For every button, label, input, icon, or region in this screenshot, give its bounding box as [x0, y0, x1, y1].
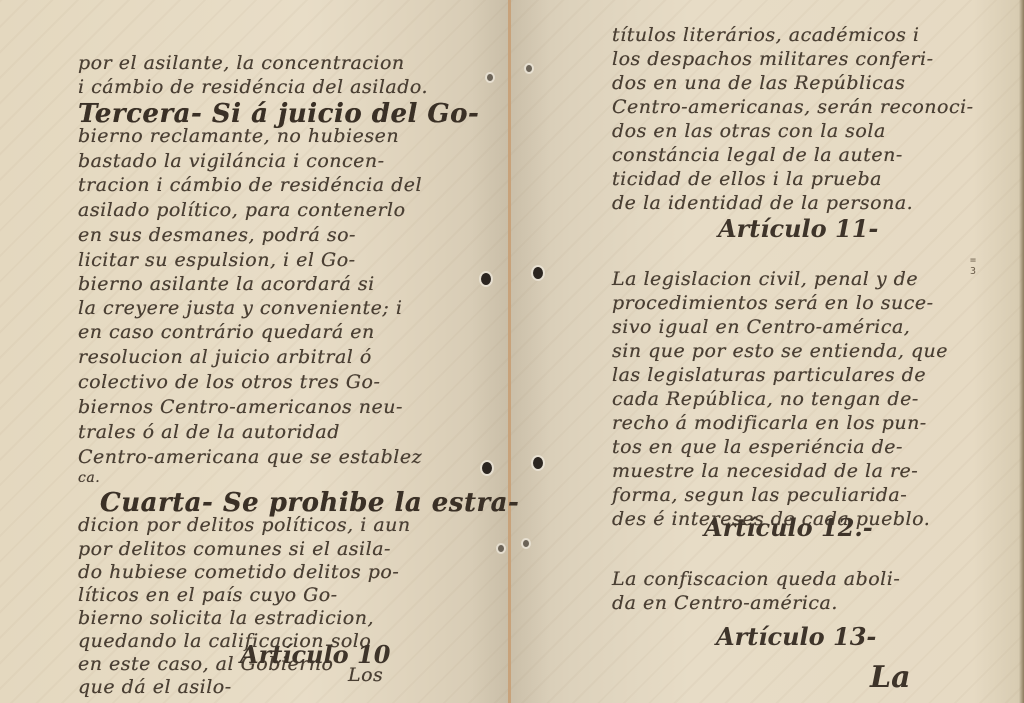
text-line: en sus desmanes, podrá so-: [78, 224, 356, 246]
binding-hole-icon: [523, 540, 529, 547]
text-line: las legislaturas particulares de: [612, 364, 926, 386]
margin-mark: =: [970, 255, 976, 266]
catchword: Los: [348, 664, 383, 686]
text-line: líticos en el país cuyo Go-: [78, 584, 338, 606]
article-heading: Artículo 11-: [718, 214, 878, 243]
text-line: dos en una de las Repúblicas: [612, 72, 905, 94]
manuscript-spread: por el asilante, la concentracion i cámb…: [0, 0, 1024, 703]
text-line: bastado la vigiláncia i concen-: [78, 150, 385, 172]
text-line: da en Centro-américa.: [612, 592, 838, 614]
text-line: trales ó al de la autoridad: [78, 421, 340, 443]
text-line: sivo igual en Centro-américa,: [612, 316, 910, 338]
text-line: procedimientos será en lo suce-: [612, 292, 934, 314]
catchword: La: [870, 660, 911, 695]
right-page-text: títulos literários, académicos i los des…: [612, 0, 982, 703]
text-line: La legislacion civil, penal y de: [612, 268, 918, 290]
text-line: licitar su espulsion, i el Go-: [78, 249, 356, 271]
text-line: bierno reclamante, no hubiesen: [78, 125, 399, 147]
text-line: Centro-americanas, serán reconoci-: [612, 96, 974, 118]
text-line: bierno asilante la acordará si: [78, 273, 375, 295]
text-line: tracion i cámbio de residéncia del: [78, 174, 422, 196]
text-line: tos en que la esperiéncia de-: [612, 436, 903, 458]
text-line: recho á modificarla en los pun-: [612, 412, 927, 434]
text-line: constáncia legal de la auten-: [612, 144, 903, 166]
text-line: ticidad de ellos i la prueba: [612, 168, 882, 190]
binding-hole-icon: [533, 457, 543, 469]
text-line: do hubiese cometido delitos po-: [78, 561, 399, 583]
text-line: resolucion al juicio arbitral ó: [78, 346, 372, 368]
text-line: dicion por delitos políticos, i aun: [78, 514, 411, 536]
text-line: biernos Centro-americanos neu-: [78, 396, 403, 418]
text-line: forma, segun las peculiarida-: [612, 484, 907, 506]
article-heading: Artículo 13-: [716, 622, 876, 651]
binding-hole-icon: [482, 462, 492, 474]
text-line: de la identidad de la persona.: [612, 192, 913, 214]
text-line: en caso contrário quedará en: [78, 321, 375, 343]
binding-hole-icon: [481, 273, 491, 285]
text-line: por delitos comunes si el asila-: [78, 538, 391, 560]
text-line: por el asilante, la concentracion: [78, 52, 405, 74]
text-line: los despachos militares conferi-: [612, 48, 934, 70]
text-line: i cámbio de residéncia del asilado.: [78, 76, 428, 98]
binding-spine: [508, 0, 511, 703]
margin-mark: 3: [970, 266, 976, 277]
text-line: colectivo de los otros tres Go-: [78, 371, 380, 393]
text-line: que dá el asilo-: [78, 676, 232, 698]
text-line: cada República, no tengan de-: [612, 388, 919, 410]
binding-hole-icon: [526, 65, 532, 72]
left-page-text: por el asilante, la concentracion i cámb…: [78, 0, 458, 703]
binding-hole-icon: [498, 545, 504, 552]
text-line: muestre la necesidad de la re-: [612, 460, 918, 482]
text-line: asilado político, para contenerlo: [78, 199, 406, 221]
gutter-shadow-right: [511, 0, 551, 703]
text-line: títulos literários, académicos i: [612, 24, 920, 46]
text-line: bierno solicita la estradicion,: [78, 607, 374, 629]
text-line: La confiscacion queda aboli-: [612, 568, 900, 590]
text-line: dos en las otras con la sola: [612, 120, 886, 142]
text-line: Centro-americana que se establez: [78, 446, 422, 468]
binding-hole-icon: [533, 267, 543, 279]
text-line: ca.: [78, 470, 100, 486]
text-line: la creyere justa y conveniente; i: [78, 297, 402, 319]
text-line: sin que por esto se entienda, que: [612, 340, 948, 362]
article-heading: Artículo 12.-: [704, 513, 873, 542]
catchword-text: Los: [348, 664, 383, 686]
binding-hole-icon: [487, 74, 493, 81]
